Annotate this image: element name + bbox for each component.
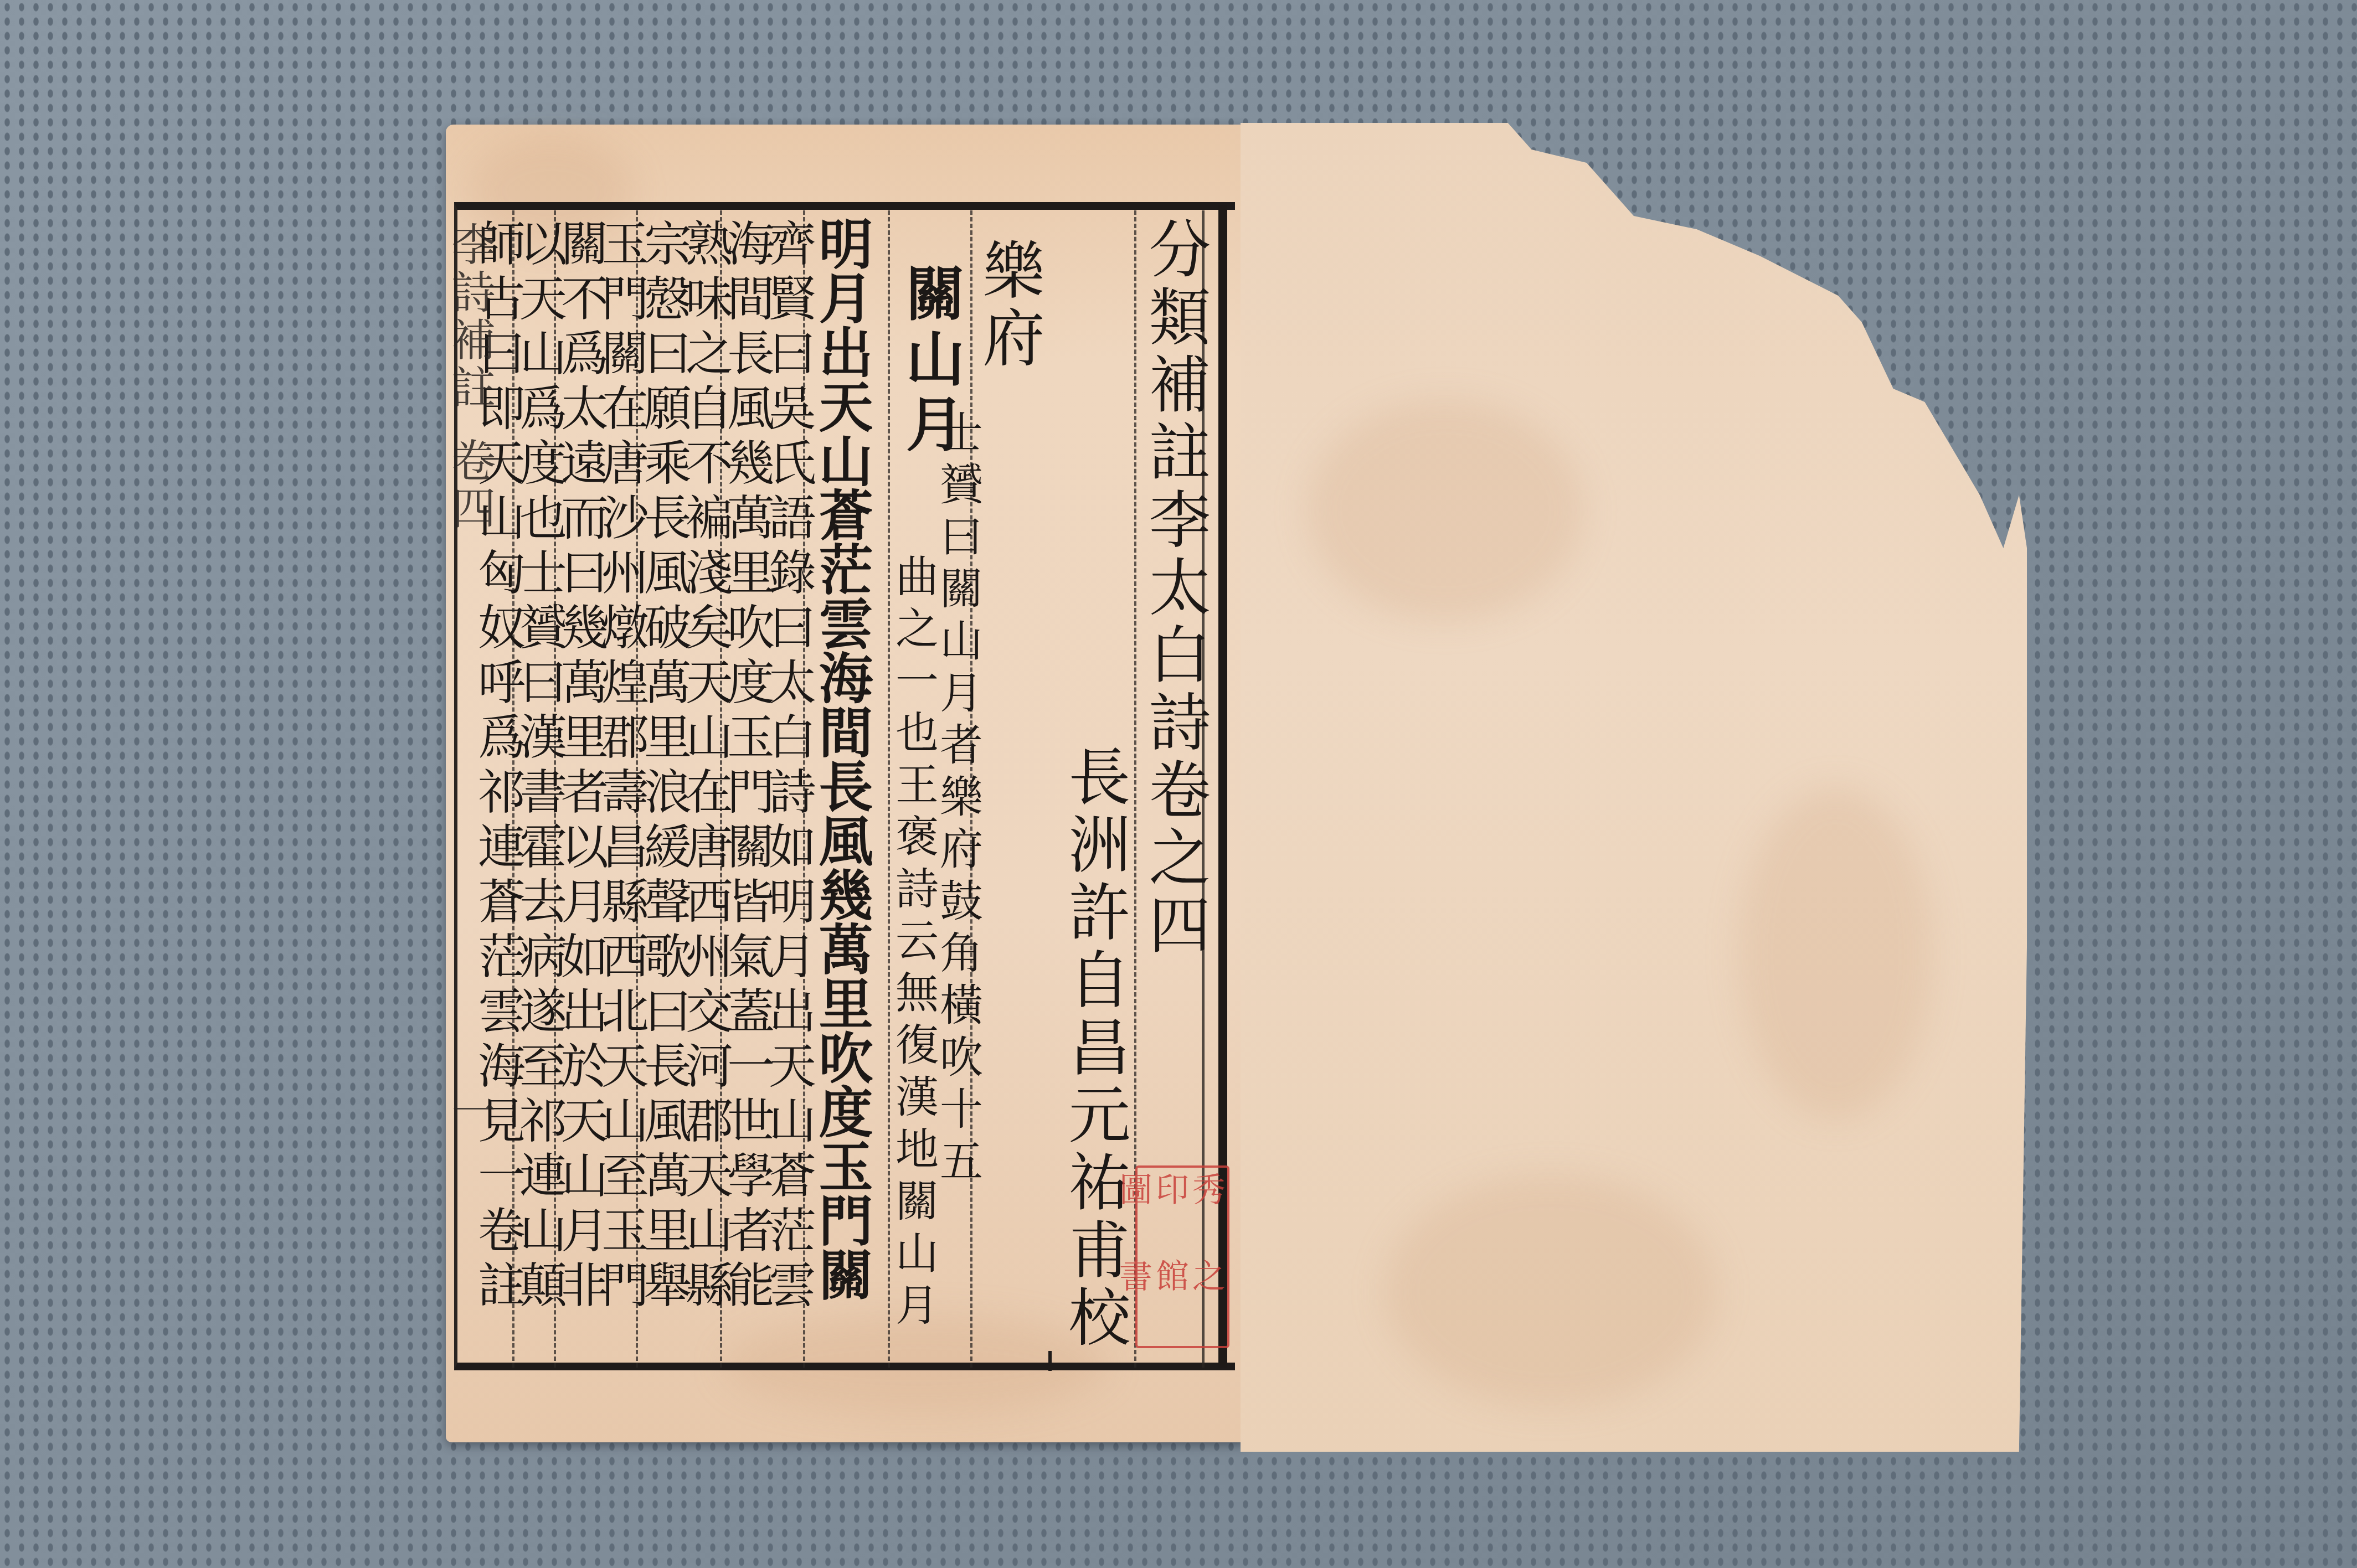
poem-title-note-left: 曲之一也王褒詩云無復漢地關山月 (892, 554, 935, 1334)
printer-tick-mark (1048, 1351, 1052, 1371)
section-heading: 樂府 (977, 238, 1039, 373)
paper-stain (1307, 400, 1584, 621)
book-title: 分類補註李太白詩卷之四 (1144, 217, 1206, 960)
poem-title-note-right: 士贇曰關山月者樂府鼓角橫吹十五 (936, 410, 979, 1190)
seal-glyph: 秀 (1190, 1172, 1223, 1255)
paper-stain (1739, 787, 1933, 1120)
collector-seal: 秀 之 印 館 圖 書 (1135, 1165, 1229, 1348)
seal-glyph: 之 (1190, 1258, 1223, 1342)
seal-glyph: 書 (1116, 1258, 1150, 1342)
right-page-blank (1241, 123, 2027, 1452)
poem-line: 明月出天山蒼茫雲海間長風幾萬里吹度玉門關 (814, 216, 868, 1301)
paper-stain (1385, 1175, 1717, 1407)
seal-glyph: 館 (1153, 1258, 1186, 1342)
fold-book-title: 李詩補註 (447, 221, 492, 412)
fold-juan-number: 卷四 (447, 437, 492, 533)
fold-page-number: 一 (447, 1088, 492, 1136)
seal-glyph: 印 (1153, 1172, 1186, 1255)
seal-glyph: 圖 (1116, 1172, 1150, 1255)
